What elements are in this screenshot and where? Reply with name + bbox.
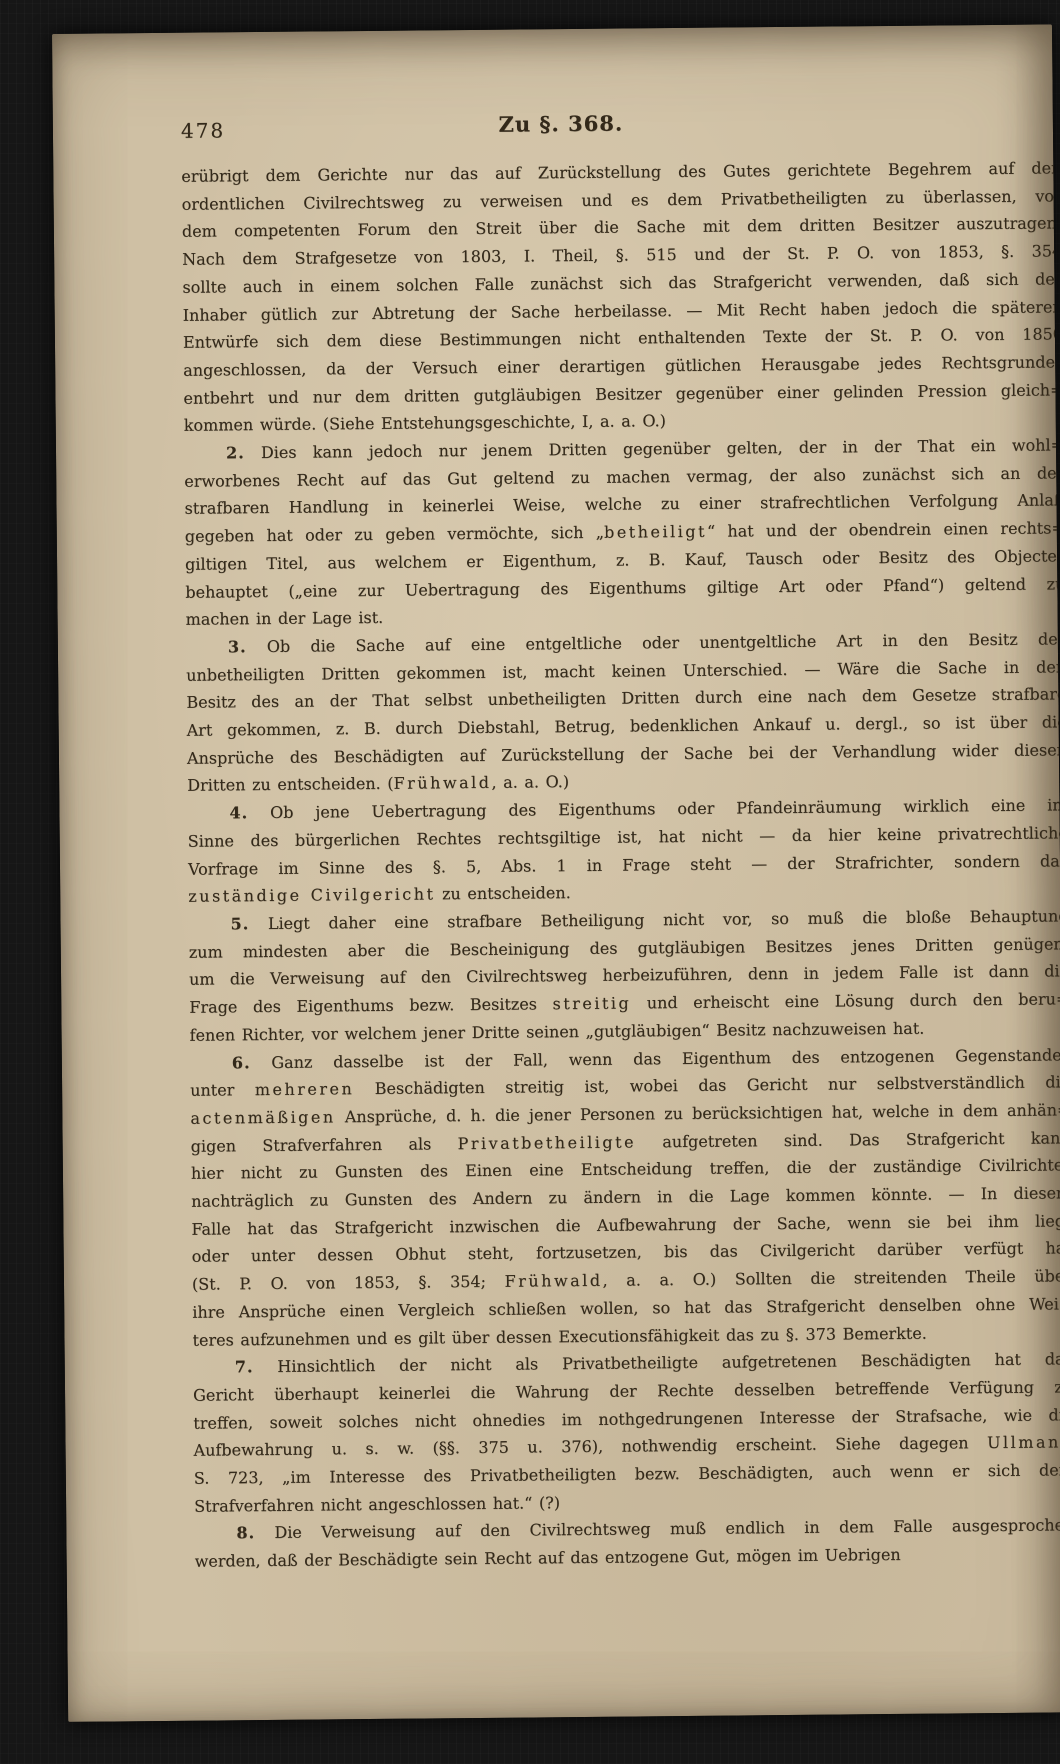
page-body: erübrigt dem Gerichte nur das auf Zurück… <box>181 154 1060 1575</box>
photo-background: 478 Zu §. 368. erübrigt dem Gerichte nur… <box>0 0 1060 1764</box>
emphasized-word: zuständige Civilgericht <box>188 885 435 906</box>
emphasized-word: mehreren <box>255 1079 355 1099</box>
emphasized-word: Ullmann <box>987 1433 1060 1453</box>
emphasized-word: betheiligt <box>604 522 707 542</box>
item-number: 3. <box>228 637 247 656</box>
emphasized-word: streitig <box>552 994 631 1014</box>
emphasized-word: actenmäßigen <box>190 1107 335 1127</box>
item-number: 6. <box>232 1053 251 1072</box>
item-number: 5. <box>230 914 249 933</box>
book-page: 478 Zu §. 368. erübrigt dem Gerichte nur… <box>52 24 1060 1722</box>
emphasized-word: Privatbetheiligte <box>457 1132 636 1153</box>
item-number: 4. <box>229 803 248 822</box>
section-title: Zu §. 368. <box>181 107 941 139</box>
item-number: 2. <box>226 443 245 462</box>
emphasized-word: Frühwald <box>393 773 491 793</box>
emphasized-word: Frühwald <box>505 1271 603 1291</box>
item-number: 7. <box>235 1357 254 1376</box>
item-number: 8. <box>236 1524 255 1543</box>
